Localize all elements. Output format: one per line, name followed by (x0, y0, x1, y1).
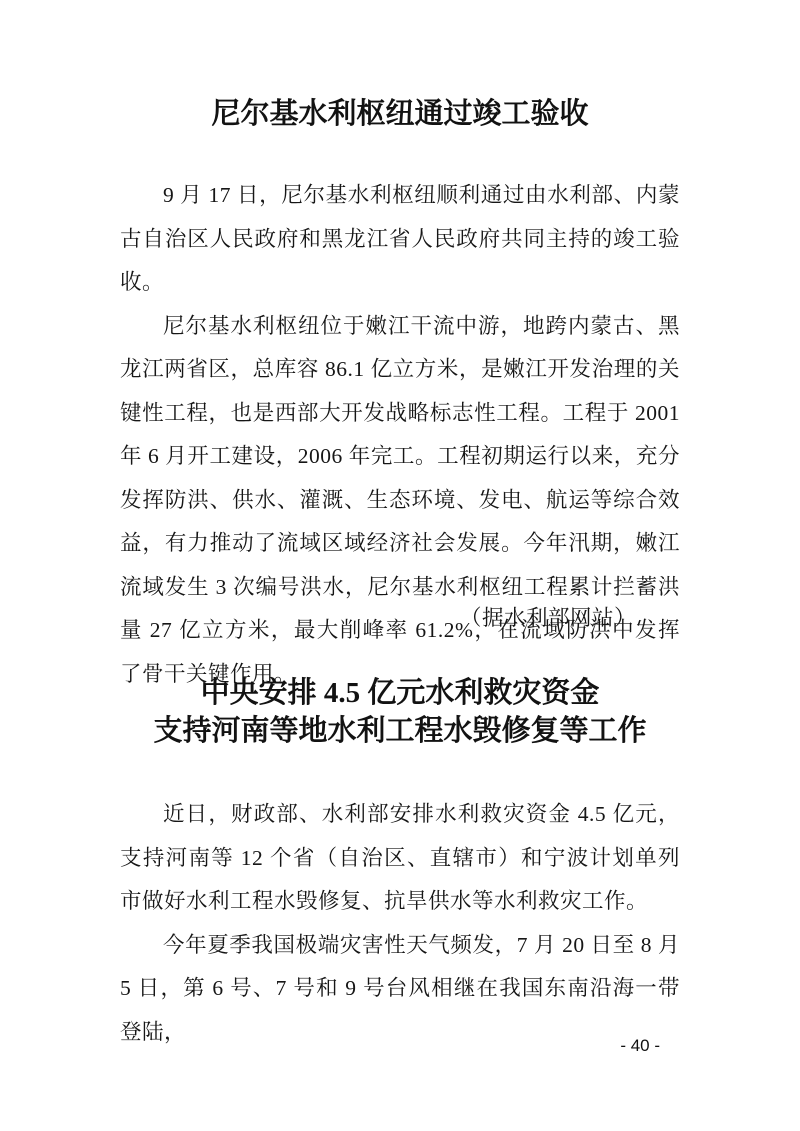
article2-title-line-2: 支持河南等地水利工程水毁修复等工作 (153, 715, 646, 747)
article2-title: 中央安排 4.5 亿元水利救灾资金 支持河南等地水利工程水毁修复等工作 (0, 674, 800, 750)
article2-paragraph-2: 今年夏季我国极端灾害性天气频发，7 月 20 日至 8 月 5 日，第 6 号、… (120, 924, 680, 1055)
page-number: - 40 - (620, 1036, 660, 1056)
article2-title-line-1: 中央安排 4.5 亿元水利救灾资金 (201, 677, 600, 709)
article1-title: 尼尔基水利枢纽通过竣工验收 (0, 92, 800, 136)
article1-attribution: （据水利部网站） (120, 597, 680, 641)
document-page: 尼尔基水利枢纽通过竣工验收 9 月 17 日，尼尔基水利枢纽顺利通过由水利部、内… (0, 0, 800, 1131)
article1-paragraph-1: 9 月 17 日，尼尔基水利枢纽顺利通过由水利部、内蒙古自治区人民政府和黑龙江省… (120, 174, 680, 305)
article2-body: 近日，财政部、水利部安排水利救灾资金 4.5 亿元，支持河南等 12 个省（自治… (120, 793, 680, 1054)
article2-paragraph-1: 近日，财政部、水利部安排水利救灾资金 4.5 亿元，支持河南等 12 个省（自治… (120, 793, 680, 924)
